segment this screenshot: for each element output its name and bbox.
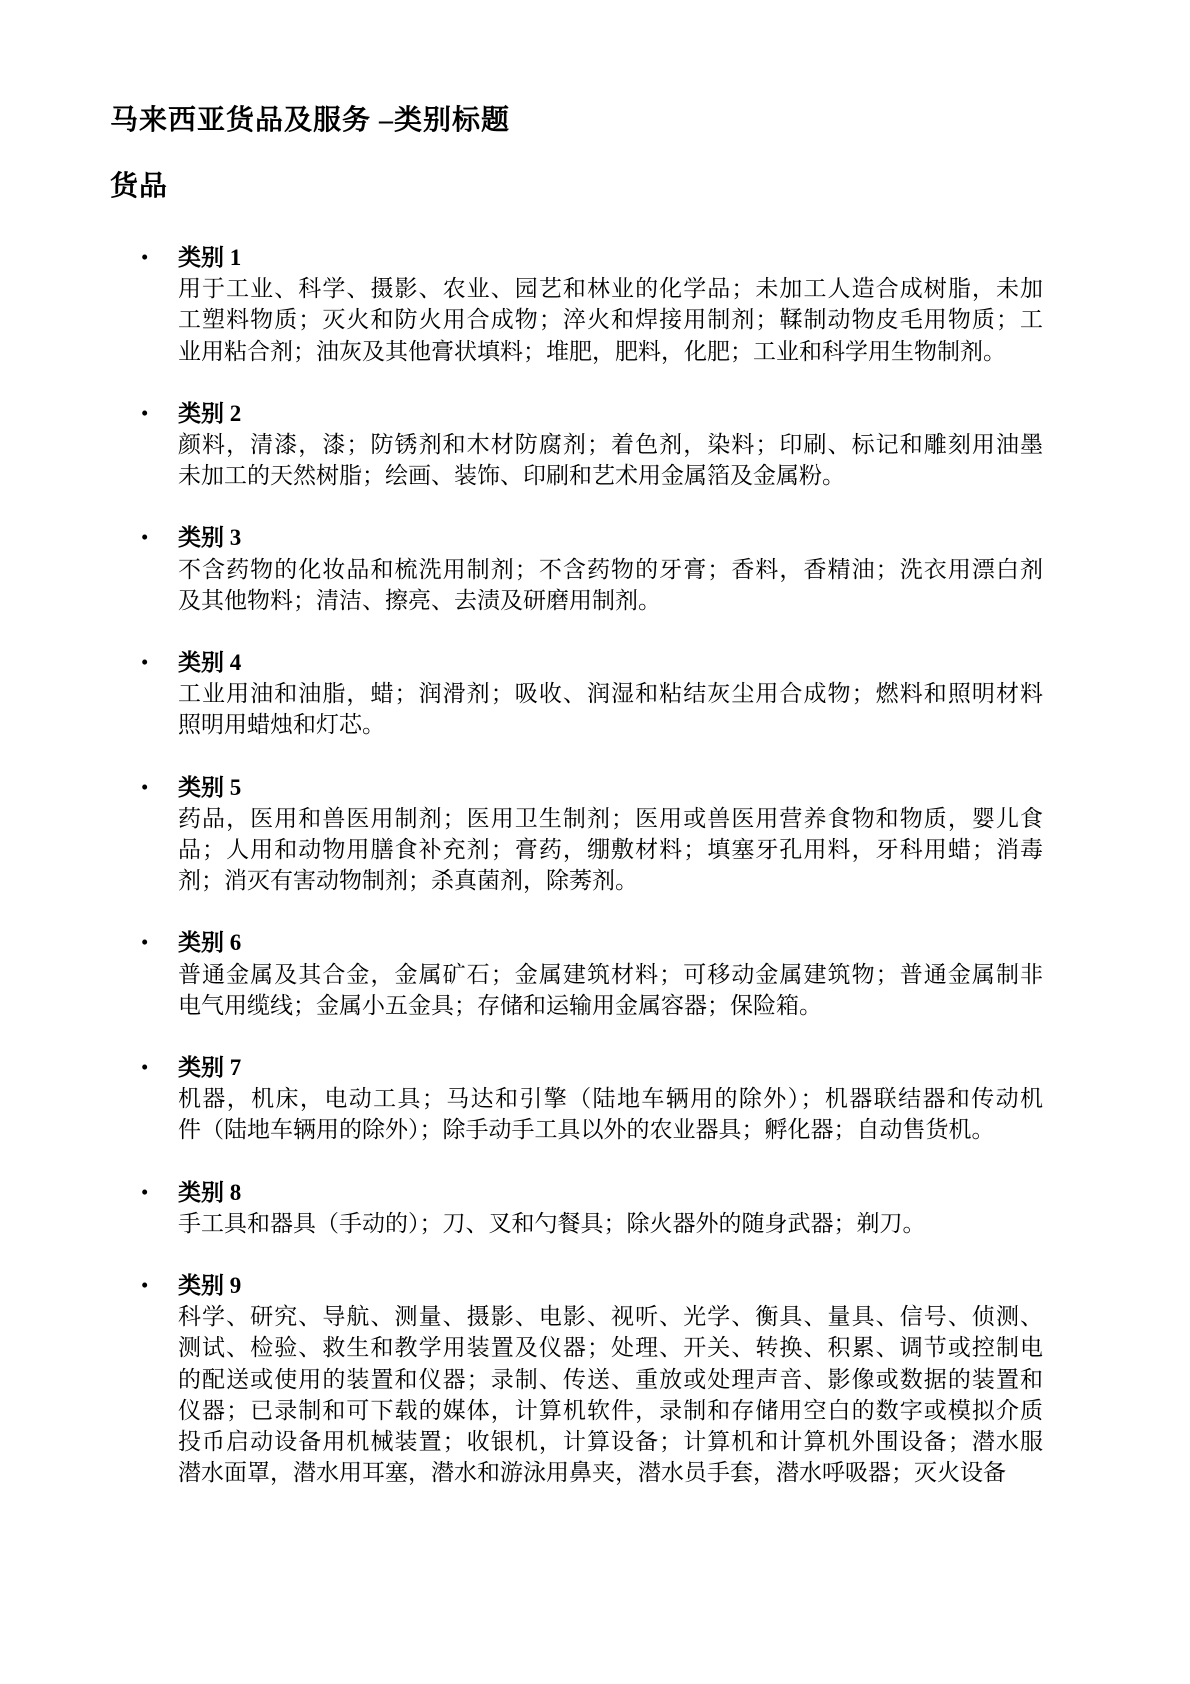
class-text-line: 电气用缆线；金属小五金具；存储和运输用金属容器；保险箱。 — [178, 990, 1043, 1021]
class-header: 类别 7 — [178, 1052, 1043, 1083]
bullet-icon: • — [141, 242, 148, 273]
class-header: 类别 5 — [178, 772, 1043, 803]
bullet-icon: • — [141, 522, 148, 553]
class-header: 类别 9 — [178, 1270, 1043, 1301]
class-item: •类别 7机器，机床，电动工具；马达和引擎（陆地车辆用的除外）；机器联结器和传动… — [178, 1052, 1043, 1146]
class-text-line: 仪器；已录制和可下载的媒体，计算机软件，录制和存储用空白的数字或模拟介质 — [178, 1395, 1043, 1426]
class-header: 类别 3 — [178, 522, 1043, 553]
class-header: 类别 2 — [178, 398, 1043, 429]
class-item: •类别 8手工具和器具（手动的）；刀、叉和勺餐具；除火器外的随身武器；剃刀。 — [178, 1177, 1043, 1239]
class-text-line: 照明用蜡烛和灯芯。 — [178, 709, 1043, 740]
class-item: •类别 5药品，医用和兽医用制剂；医用卫生制剂；医用或兽医用营养食物和物质，婴儿… — [178, 772, 1043, 897]
class-text-line: 未加工的天然树脂；绘画、装饰、印刷和艺术用金属箔及金属粉。 — [178, 460, 1043, 491]
class-header: 类别 4 — [178, 647, 1043, 678]
class-item: •类别 1用于工业、科学、摄影、农业、园艺和林业的化学品；未加工人造合成树脂，未… — [178, 242, 1043, 367]
bullet-icon: • — [141, 1270, 148, 1301]
class-text-line: 用于工业、科学、摄影、农业、园艺和林业的化学品；未加工人造合成树脂，未加 — [178, 273, 1043, 304]
class-text-line: 手工具和器具（手动的）；刀、叉和勺餐具；除火器外的随身武器；剃刀。 — [178, 1208, 1043, 1239]
class-text-line: 剂；消灭有害动物制剂；杀真菌剂，除莠剂。 — [178, 865, 1043, 896]
class-item: •类别 4工业用油和油脂，蜡；润滑剂；吸收、润湿和粘结灰尘用合成物；燃料和照明材… — [178, 647, 1043, 741]
class-item: •类别 6普通金属及其合金，金属矿石；金属建筑材料；可移动金属建筑物；普通金属制… — [178, 927, 1043, 1021]
class-text-line: 工塑料物质；灭火和防火用合成物；淬火和焊接用制剂；鞣制动物皮毛用物质；工 — [178, 304, 1043, 335]
class-item: •类别 2颜料，清漆，漆；防锈剂和木材防腐剂；着色剂，染料；印刷、标记和雕刻用油… — [178, 398, 1043, 492]
bullet-icon: • — [141, 1052, 148, 1083]
class-header: 类别 8 — [178, 1177, 1043, 1208]
document-page: 马来西亚货品及服务 –类别标题 货品 •类别 1用于工业、科学、摄影、农业、园艺… — [0, 0, 1190, 1684]
bullet-icon: • — [141, 1177, 148, 1208]
class-text-line: 品；人用和动物用膳食补充剂；膏药，绷敷材料；填塞牙孔用料，牙科用蜡；消毒 — [178, 834, 1043, 865]
class-text-line: 不含药物的化妆品和梳洗用制剂；不含药物的牙膏；香料，香精油；洗衣用漂白剂 — [178, 554, 1043, 585]
class-text-line: 的配送或使用的装置和仪器；录制、传送、重放或处理声音、影像或数据的装置和 — [178, 1364, 1043, 1395]
class-item: •类别 9科学、研究、导航、测量、摄影、电影、视听、光学、衡具、量具、信号、侦测… — [178, 1270, 1043, 1488]
bullet-icon: • — [141, 398, 148, 429]
class-header: 类别 6 — [178, 927, 1043, 958]
class-text-line: 业用粘合剂；油灰及其他膏状填料；堆肥，肥料，化肥；工业和科学用生物制剂。 — [178, 336, 1043, 367]
bullet-icon: • — [141, 772, 148, 803]
class-text-line: 及其他物料；清洁、擦亮、去渍及研磨用制剂。 — [178, 585, 1043, 616]
bullet-icon: • — [141, 647, 148, 678]
class-text-line: 工业用油和油脂，蜡；润滑剂；吸收、润湿和粘结灰尘用合成物；燃料和照明材料 — [178, 678, 1043, 709]
class-text-line: 颜料，清漆，漆；防锈剂和木材防腐剂；着色剂，染料；印刷、标记和雕刻用油墨 — [178, 429, 1043, 460]
classes-list: •类别 1用于工业、科学、摄影、农业、园艺和林业的化学品；未加工人造合成树脂，未… — [110, 242, 1043, 1489]
section-heading: 货品 — [110, 170, 1043, 204]
bullet-icon: • — [141, 927, 148, 958]
class-text-line: 投币启动设备用机械装置；收银机，计算设备；计算机和计算机外围设备；潜水服 — [178, 1426, 1043, 1457]
document-title: 马来西亚货品及服务 –类别标题 — [110, 104, 1043, 138]
class-text-line: 件（陆地车辆用的除外）；除手动手工具以外的农业器具；孵化器；自动售货机。 — [178, 1114, 1043, 1145]
class-text-line: 科学、研究、导航、测量、摄影、电影、视听、光学、衡具、量具、信号、侦测、 — [178, 1301, 1043, 1332]
class-item: •类别 3不含药物的化妆品和梳洗用制剂；不含药物的牙膏；香料，香精油；洗衣用漂白… — [178, 522, 1043, 616]
class-text-line: 药品，医用和兽医用制剂；医用卫生制剂；医用或兽医用营养食物和物质，婴儿食 — [178, 803, 1043, 834]
class-text-line: 测试、检验、救生和教学用装置及仪器；处理、开关、转换、积累、调节或控制电 — [178, 1332, 1043, 1363]
class-text-line: 普通金属及其合金，金属矿石；金属建筑材料；可移动金属建筑物；普通金属制非 — [178, 959, 1043, 990]
class-header: 类别 1 — [178, 242, 1043, 273]
class-text-line: 机器，机床，电动工具；马达和引擎（陆地车辆用的除外）；机器联结器和传动机 — [178, 1083, 1043, 1114]
class-text-line: 潜水面罩，潜水用耳塞，潜水和游泳用鼻夹，潜水员手套，潜水呼吸器；灭火设备 — [178, 1457, 1043, 1488]
